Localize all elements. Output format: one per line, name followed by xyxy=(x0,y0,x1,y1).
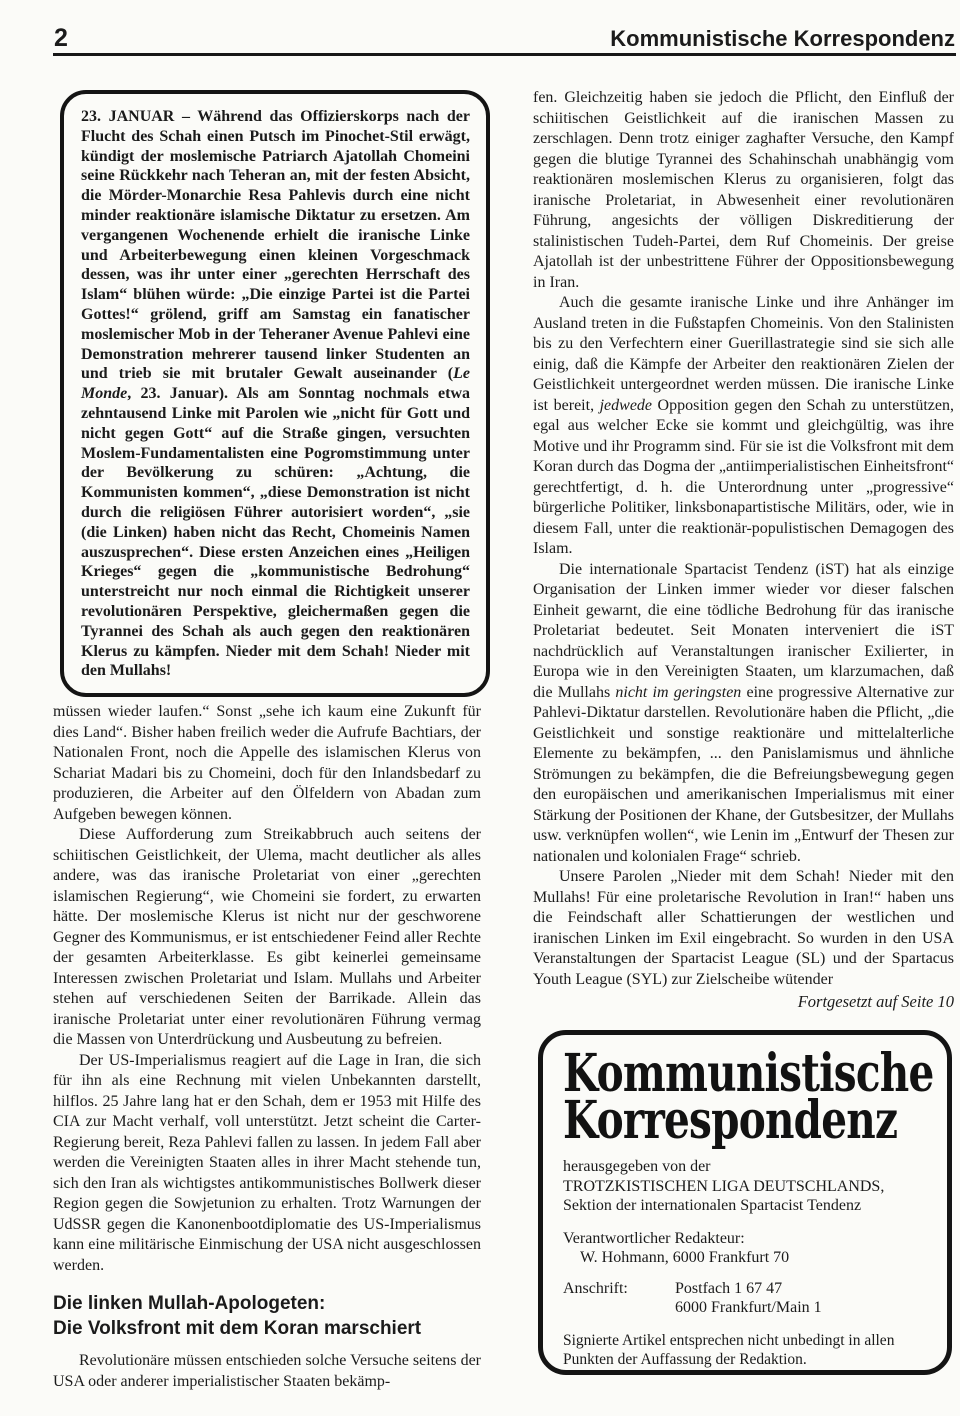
lead-text-part-2: , 23. Januar). Als am Sonntag nochmals e… xyxy=(81,385,470,679)
left-column: müssen wieder laufen.“ Sonst „sehe ich k… xyxy=(53,702,481,1392)
publisher-line-1: herausgegeben von der xyxy=(563,1157,929,1177)
publisher-line-3: Sektion der internationalen Spartacist T… xyxy=(563,1196,929,1216)
address-lines: Postfach 1 67 47 6000 Frankfurt/Main 1 xyxy=(675,1279,822,1318)
emphasis-nicht-im-geringsten: nicht im geringsten xyxy=(615,684,741,701)
publisher-line-2: TROTZKISTISCHEN LIGA DEUTSCHLANDS, xyxy=(563,1177,929,1197)
paragraph-right-2: Auch die gesamte iranische Linke und ihr… xyxy=(533,293,954,560)
masthead-box: Kommunistische Korrespondenz herausgegeb… xyxy=(538,1030,952,1375)
page-number: 2 xyxy=(54,24,68,53)
editor-label: Verantwortlicher Redakteur: xyxy=(563,1229,929,1249)
paragraph-left-1: müssen wieder laufen.“ Sonst „sehe ich k… xyxy=(53,702,481,825)
publisher-info: herausgegeben von der TROTZKISTISCHEN LI… xyxy=(563,1157,929,1216)
paragraph-left-3: Der US-Imperialismus reagiert auf die La… xyxy=(53,1051,481,1277)
editor-info: Verantwortlicher Redakteur: W. Hohmann, … xyxy=(563,1229,929,1268)
right-3-part-2: eine progressive Alternative zur Pahlevi… xyxy=(533,684,954,865)
section-heading-line-2: Die Volksfront mit dem Koran marschiert xyxy=(53,1316,481,1341)
paragraph-right-1: fen. Gleichzeitig haben sie jedoch die P… xyxy=(533,88,954,293)
header-title: Kommunistische Korrespondenz xyxy=(610,26,955,52)
masthead-title-line-2: Korrespondenz xyxy=(563,1097,934,1144)
address-label: Anschrift: xyxy=(563,1279,675,1318)
right-2-part-2: Opposition gegen den Schah zu unterstütz… xyxy=(533,397,954,558)
section-heading-line-1: Die linken Mullah-Apologeten: xyxy=(53,1291,481,1316)
paragraph-left-4: Revolutionäre müssen entschieden solche … xyxy=(53,1351,481,1392)
note-line-1: Signierte Artikel entsprechen nicht unbe… xyxy=(563,1331,929,1350)
lead-article-text: 23. JANUAR – Während das Offizierskorps … xyxy=(81,107,470,681)
note-line-2: Punkten der Auffassung der Redaktion. xyxy=(563,1350,929,1369)
lead-article-box: 23. JANUAR – Während das Offizierskorps … xyxy=(60,90,490,697)
header-rule xyxy=(53,53,956,56)
masthead-note: Signierte Artikel entsprechen nicht unbe… xyxy=(563,1331,929,1369)
masthead-title: Kommunistische Korrespondenz xyxy=(563,1050,934,1144)
newspaper-page: 2 Kommunistische Korrespondenz 23. JANUA… xyxy=(0,0,960,1416)
editor-value: W. Hohmann, 6000 Frankfurt 70 xyxy=(563,1248,929,1268)
section-heading: Die linken Mullah-Apologeten: Die Volksf… xyxy=(53,1291,481,1341)
paragraph-right-4: Unsere Parolen „Nieder mit dem Schah! Ni… xyxy=(533,867,954,990)
right-3-part-1: Die internationale Spartacist Tendenz (i… xyxy=(533,561,954,701)
paragraph-left-2: Diese Aufforderung zum Streikabbruch auc… xyxy=(53,825,481,1051)
address-info: Anschrift: Postfach 1 67 47 6000 Frankfu… xyxy=(563,1279,929,1318)
continuation-note: Fortgesetzt auf Seite 10 xyxy=(533,992,954,1013)
emphasis-jedwede: jedwede xyxy=(600,397,652,414)
right-column: fen. Gleichzeitig haben sie jedoch die P… xyxy=(533,88,954,1013)
address-line-1: Postfach 1 67 47 xyxy=(675,1279,822,1299)
paragraph-right-3: Die internationale Spartacist Tendenz (i… xyxy=(533,560,954,868)
address-line-2: 6000 Frankfurt/Main 1 xyxy=(675,1298,822,1318)
lead-text-part-1: 23. JANUAR – Während das Offizierskorps … xyxy=(81,108,470,382)
